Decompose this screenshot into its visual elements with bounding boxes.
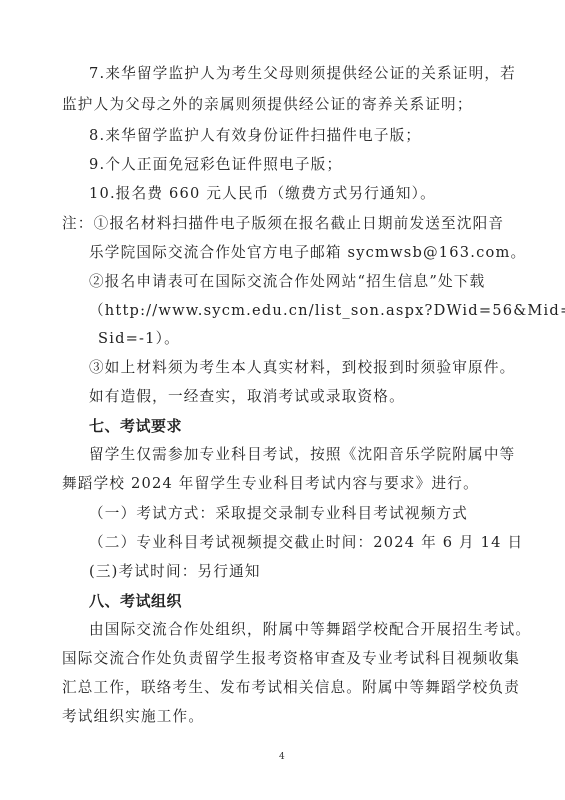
text-line: Sid=-1）。 — [98, 329, 180, 349]
text-line: 舞蹈学校 2024 年留学生专业科目考试内容与要求》进行。 — [62, 474, 479, 494]
text-line: 由国际交流合作处组织，附属中等舞蹈学校配合开展招生考试。 — [89, 620, 531, 640]
text-line: (三)考试时间：另行通知 — [89, 562, 261, 582]
text-line: 如有造假，一经查实，取消考试或录取资格。 — [89, 387, 405, 407]
text-line: 乐学院国际交流合作处官方电子邮箱 sycmwsb@163.com。 — [89, 243, 526, 263]
text-line: 留学生仅需参加专业科目考试，按照《沈阳音乐学院附属中等 — [89, 445, 515, 465]
text-line: 9.个人正面免冠彩色证件照电子版； — [89, 155, 342, 175]
text-line: ②报名申请表可在国际交流合作处网站“招生信息”处下载 — [89, 272, 485, 292]
text-line: 监护人为父母之外的亲属则须提供经公证的寄养关系证明； — [62, 95, 473, 115]
section-heading: 七、考试要求 — [89, 416, 182, 436]
page-number: 4 — [279, 752, 285, 762]
text-line: 7.来华留学监护人为考生父母则须提供经公证的关系证明，若 — [89, 64, 516, 84]
text-line: 注：①报名材料扫描件电子版须在报名截止日期前发送至沈阳音 — [62, 214, 504, 234]
text-line: 考试组织实施工作。 — [62, 707, 204, 727]
text-line: 8.来华留学监护人有效身份证件扫描件电子版； — [89, 126, 421, 146]
text-line: （一）考试方式：采取提交录制专业科目考试视频方式 — [89, 504, 468, 524]
text-line: 国际交流合作处负责留学生报考资格审查及专业考试科目视频收集 — [62, 649, 520, 669]
text-line: ③如上材料须为考生本人真实材料，到校报到时须验审原件。 — [89, 358, 515, 378]
text-line: （二）专业科目考试视频提交截止时间：2024 年 6 月 14 日 — [89, 533, 523, 553]
section-heading: 八、考试组织 — [89, 591, 182, 611]
text-line: （http://www.sycm.edu.cn/list_son.aspx?DW… — [89, 301, 565, 321]
text-line: 10.报名费 660 元人民币（缴费方式另行通知）。 — [89, 184, 436, 204]
text-line: 汇总工作，联络考生、发布考试相关信息。附属中等舞蹈学校负责 — [62, 678, 520, 698]
